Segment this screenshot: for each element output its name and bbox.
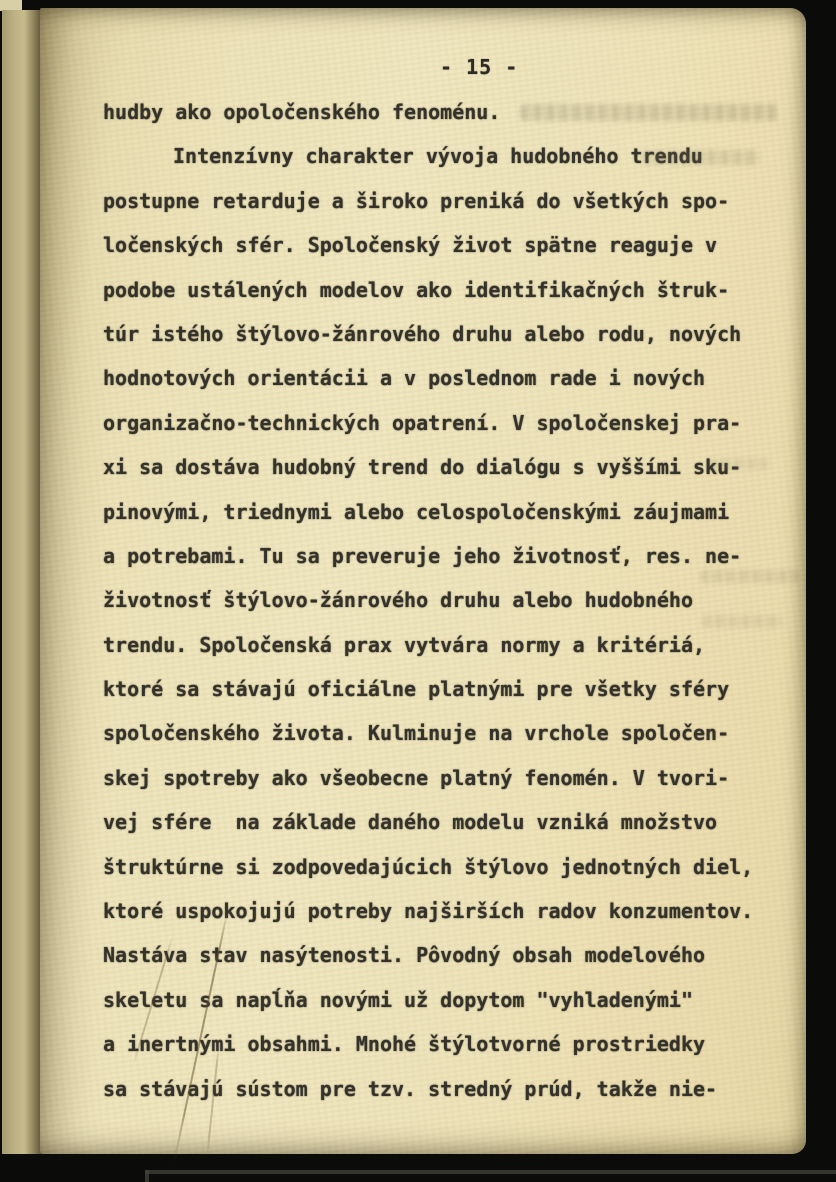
text-line: postupne retarduje a široko preniká do v…: [103, 189, 771, 233]
text-line: Intenzívny charakter vývoja hudobného tr…: [103, 144, 771, 188]
document-page: - 15 - hudby ako opoločenského fenoménu.…: [40, 8, 806, 1154]
text-line: a inertnými obsahmi. Mnohé štýlotvorné p…: [103, 1032, 771, 1076]
text-line: ktoré sa stávajú oficiálne platnými pre …: [103, 677, 771, 721]
text-line: xi sa dostáva hudobný trend do dialógu s…: [103, 455, 771, 499]
scanner-frame-edge: [145, 1170, 836, 1174]
text-line: vej sfére na základe daného modelu vznik…: [103, 810, 771, 854]
text-line: trendu. Spoločenská prax vytvára normy a…: [103, 633, 771, 677]
adjacent-page-edge: [2, 10, 42, 1154]
text-line: túr istého štýlovo-žánrového druhu alebo…: [103, 322, 771, 366]
scanned-document: - 15 - hudby ako opoločenského fenoménu.…: [0, 0, 836, 1182]
page-number: - 15 -: [440, 55, 518, 79]
text-line: ktoré uspokojujú potreby najširších rado…: [103, 899, 771, 943]
text-line: hudby ako opoločenského fenoménu.: [103, 100, 771, 144]
text-line: skej spotreby ako všeobecne platný fenom…: [103, 766, 771, 810]
typewritten-text-block: hudby ako opoločenského fenoménu.Intenzí…: [103, 100, 771, 1121]
text-line: štruktúrne si zodpovedajúcich štýlovo je…: [103, 855, 771, 899]
text-line: pinovými, triednymi alebo celospoločensk…: [103, 500, 771, 544]
text-line: organizačno-technických opatrení. V spol…: [103, 411, 771, 455]
scanner-frame-edge: [145, 1170, 149, 1182]
text-line: ločenských sfér. Spoločenský život spätn…: [103, 233, 771, 277]
text-line: Nastáva stav nasýtenosti. Pôvodný obsah …: [103, 943, 771, 987]
text-line: a potrebami. Tu sa preveruje jeho životn…: [103, 544, 771, 588]
text-line: hodnotových orientácii a v poslednom rad…: [103, 366, 771, 410]
text-line: podobe ustálených modelov ako identifika…: [103, 278, 771, 322]
text-line: sa stávajú sústom pre tzv. stredný prúd,…: [103, 1077, 771, 1121]
text-line: skeletu sa napĺňa novými už dopytom "vyh…: [103, 988, 771, 1032]
text-line: spoločenského života. Kulminuje na vrcho…: [103, 721, 771, 765]
text-line: životnosť štýlovo-žánrového druhu alebo …: [103, 588, 771, 632]
